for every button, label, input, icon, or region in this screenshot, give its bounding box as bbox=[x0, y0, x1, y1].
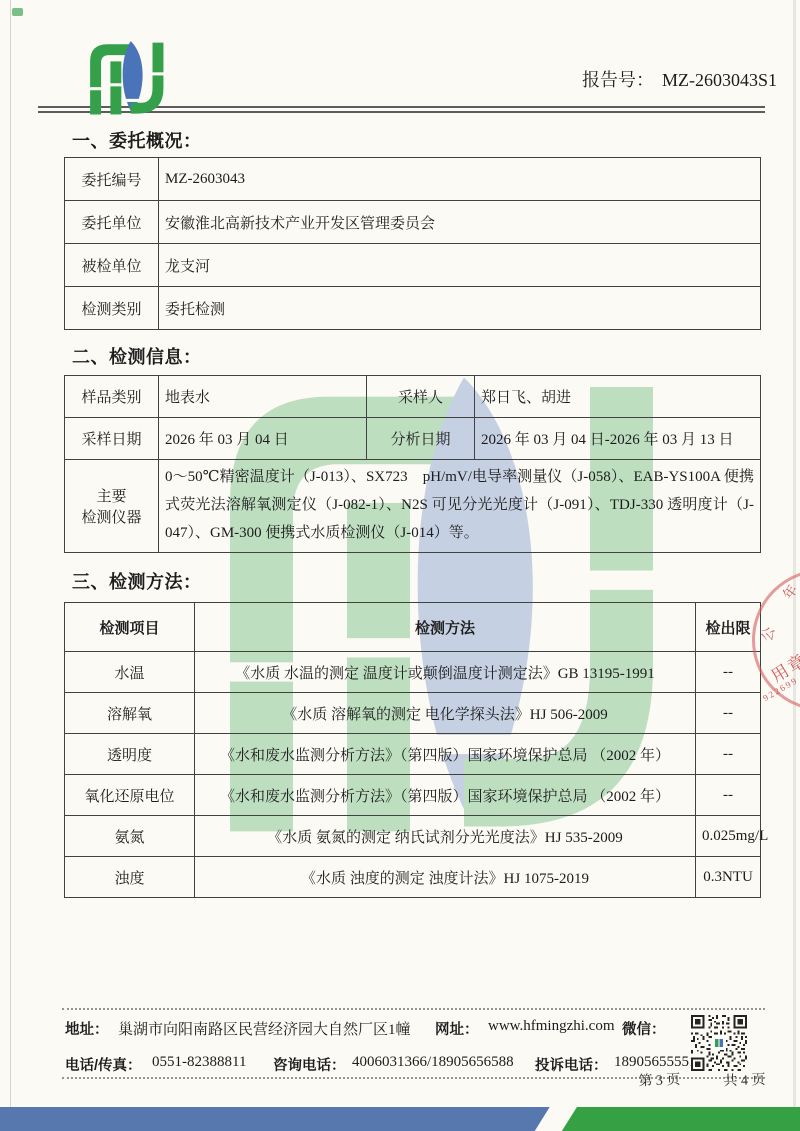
scan-edge-line bbox=[10, 0, 11, 1131]
label-cell: 采样日期 bbox=[65, 418, 159, 460]
label-cell: 委托单位 bbox=[65, 201, 159, 244]
label-cell: 检测类别 bbox=[65, 287, 159, 330]
limit-cell: -- bbox=[696, 734, 761, 775]
complaint-phone-value: 18905655551 bbox=[614, 1054, 697, 1071]
method-cell: 《水质 浊度的测定 浊度计法》HJ 1075-2019 bbox=[195, 857, 696, 898]
bottom-band-green bbox=[557, 1107, 800, 1131]
method-cell: 《水质 溶解氧的测定 电化学探头法》HJ 506-2009 bbox=[195, 693, 696, 734]
table-row: 样品类别 地表水 采样人 郑日飞、胡进 bbox=[65, 376, 761, 418]
table-row: 采样日期 2026 年 03 月 04 日 分析日期 2026 年 03 月 0… bbox=[65, 418, 761, 460]
method-cell: 《水质 氨氮的测定 纳氏试剂分光光度法》HJ 535-2009 bbox=[195, 816, 696, 857]
value-cell: 2026 年 03 月 04 日 bbox=[159, 418, 367, 460]
address-value: 巢湖市向阳南路区民营经济园大自然厂区1幢 bbox=[118, 1018, 411, 1039]
phone-value: 0551-82388811 bbox=[152, 1054, 246, 1071]
label-line: 主要 bbox=[71, 485, 152, 506]
table-row: 溶解氧 《水质 溶解氧的测定 电化学探头法》HJ 506-2009 -- bbox=[65, 693, 761, 734]
info-table: 样品类别 地表水 采样人 郑日飞、胡进 采样日期 2026 年 03 月 04 … bbox=[64, 375, 761, 553]
bottom-band-blue bbox=[0, 1107, 575, 1131]
table-row: 水温 《水质 水温的测定 温度计或颠倒温度计测定法》GB 13195-1991 … bbox=[65, 652, 761, 693]
report-number-label: 报告号： bbox=[582, 70, 654, 90]
table-row: 检测类别 委托检测 bbox=[65, 287, 761, 330]
label-line: 检测仪器 bbox=[71, 506, 152, 527]
table-row: 被检单位 龙支河 bbox=[65, 244, 761, 287]
method-cell: 《水和废水监测分析方法》（第四版）国家环境保护总局 （2002 年） bbox=[195, 775, 696, 816]
limit-cell: -- bbox=[696, 775, 761, 816]
label-cell: 采样人 bbox=[367, 376, 475, 418]
value-cell: 龙支河 bbox=[159, 244, 761, 287]
method-cell: 《水和废水监测分析方法》（第四版）国家环境保护总局 （2002 年） bbox=[195, 734, 696, 775]
instruments-cell: 0～50℃精密温度计（J-013）、SX723 pH/mV/电导率测量仪（J-0… bbox=[159, 460, 761, 553]
table-row: 委托单位 安徽淮北高新技术产业开发区管理委员会 bbox=[65, 201, 761, 244]
value-cell: MZ-2603043 bbox=[159, 158, 761, 201]
consult-phone-value: 4006031366/18905656588 bbox=[352, 1054, 514, 1071]
limit-cell: -- bbox=[696, 693, 761, 734]
item-cell: 氧化还原电位 bbox=[65, 775, 195, 816]
item-cell: 浊度 bbox=[65, 857, 195, 898]
value-cell: 地表水 bbox=[159, 376, 367, 418]
table-row: 浊度 《水质 浊度的测定 浊度计法》HJ 1075-2019 0.3NTU bbox=[65, 857, 761, 898]
methods-table: 检测项目 检测方法 检出限 水温 《水质 水温的测定 温度计或颠倒温度计测定法》… bbox=[64, 602, 761, 898]
scan-artifact-dot bbox=[12, 8, 23, 16]
value-cell: 委托检测 bbox=[159, 287, 761, 330]
table-header-row: 检测项目 检测方法 检出限 bbox=[65, 603, 761, 652]
section-title-info: 二、检测信息： bbox=[72, 343, 202, 369]
page-current: 第 3 页 bbox=[638, 1069, 681, 1090]
item-cell: 溶解氧 bbox=[65, 693, 195, 734]
method-cell: 《水质 水温的测定 温度计或颠倒温度计测定法》GB 13195-1991 bbox=[195, 652, 696, 693]
wechat-qr-code-icon bbox=[691, 1015, 747, 1071]
overview-table: 委托编号 MZ-2603043 委托单位 安徽淮北高新技术产业开发区管理委员会 … bbox=[64, 157, 761, 330]
label-cell: 委托编号 bbox=[65, 158, 159, 201]
label-cell: 主要 检测仪器 bbox=[65, 460, 159, 553]
header-cell: 检测方法 bbox=[195, 603, 696, 652]
wechat-label: 微信： bbox=[622, 1018, 666, 1039]
value-cell: 郑日飞、胡进 bbox=[475, 376, 761, 418]
seal-character: 年 bbox=[778, 581, 800, 604]
report-page: 报告号：MZ-2603043S1 一、委托概况： 委托编号 MZ-2603043… bbox=[0, 0, 800, 1131]
report-number-value: MZ-2603043S1 bbox=[662, 70, 777, 90]
report-number: 报告号：MZ-2603043S1 bbox=[582, 66, 777, 92]
table-row: 主要 检测仪器 0～50℃精密温度计（J-013）、SX723 pH/mV/电导… bbox=[65, 460, 761, 553]
table-row: 透明度 《水和废水监测分析方法》（第四版）国家环境保护总局 （2002 年） -… bbox=[65, 734, 761, 775]
scan-edge-shade bbox=[793, 0, 796, 1131]
limit-cell: -- bbox=[696, 652, 761, 693]
consult-phone-label: 咨询电话： bbox=[273, 1054, 346, 1075]
label-cell: 样品类别 bbox=[65, 376, 159, 418]
item-cell: 透明度 bbox=[65, 734, 195, 775]
label-cell: 被检单位 bbox=[65, 244, 159, 287]
limit-cell: 0.025mg/L bbox=[696, 816, 761, 857]
item-cell: 水温 bbox=[65, 652, 195, 693]
limit-cell: 0.3NTU bbox=[696, 857, 761, 898]
section-title-overview: 一、委托概况： bbox=[72, 127, 202, 153]
complaint-phone-label: 投诉电话： bbox=[535, 1054, 608, 1075]
section-title-methods: 三、检测方法： bbox=[72, 568, 202, 594]
website-value: www.hfmingzhi.com bbox=[488, 1018, 615, 1035]
value-cell: 2026 年 03 月 04 日-2026 年 03 月 13 日 bbox=[475, 418, 761, 460]
address-label: 地址： bbox=[65, 1018, 109, 1039]
page-total: 共 4 页 bbox=[723, 1069, 766, 1090]
seal-character: 公 bbox=[757, 625, 780, 644]
label-cell: 分析日期 bbox=[367, 418, 475, 460]
table-row: 氨氮 《水质 氨氮的测定 纳氏试剂分光光度法》HJ 535-2009 0.025… bbox=[65, 816, 761, 857]
header-cell: 检出限 bbox=[696, 603, 761, 652]
company-logo-icon bbox=[86, 38, 166, 116]
footer-divider-top bbox=[62, 1008, 765, 1010]
table-row: 委托编号 MZ-2603043 bbox=[65, 158, 761, 201]
table-row: 氧化还原电位 《水和废水监测分析方法》（第四版）国家环境保护总局 （2002 年… bbox=[65, 775, 761, 816]
phone-label: 电话/传真： bbox=[65, 1054, 142, 1075]
value-cell: 安徽淮北高新技术产业开发区管理委员会 bbox=[159, 201, 761, 244]
header-cell: 检测项目 bbox=[65, 603, 195, 652]
item-cell: 氨氮 bbox=[65, 816, 195, 857]
website-label: 网址： bbox=[435, 1018, 479, 1039]
